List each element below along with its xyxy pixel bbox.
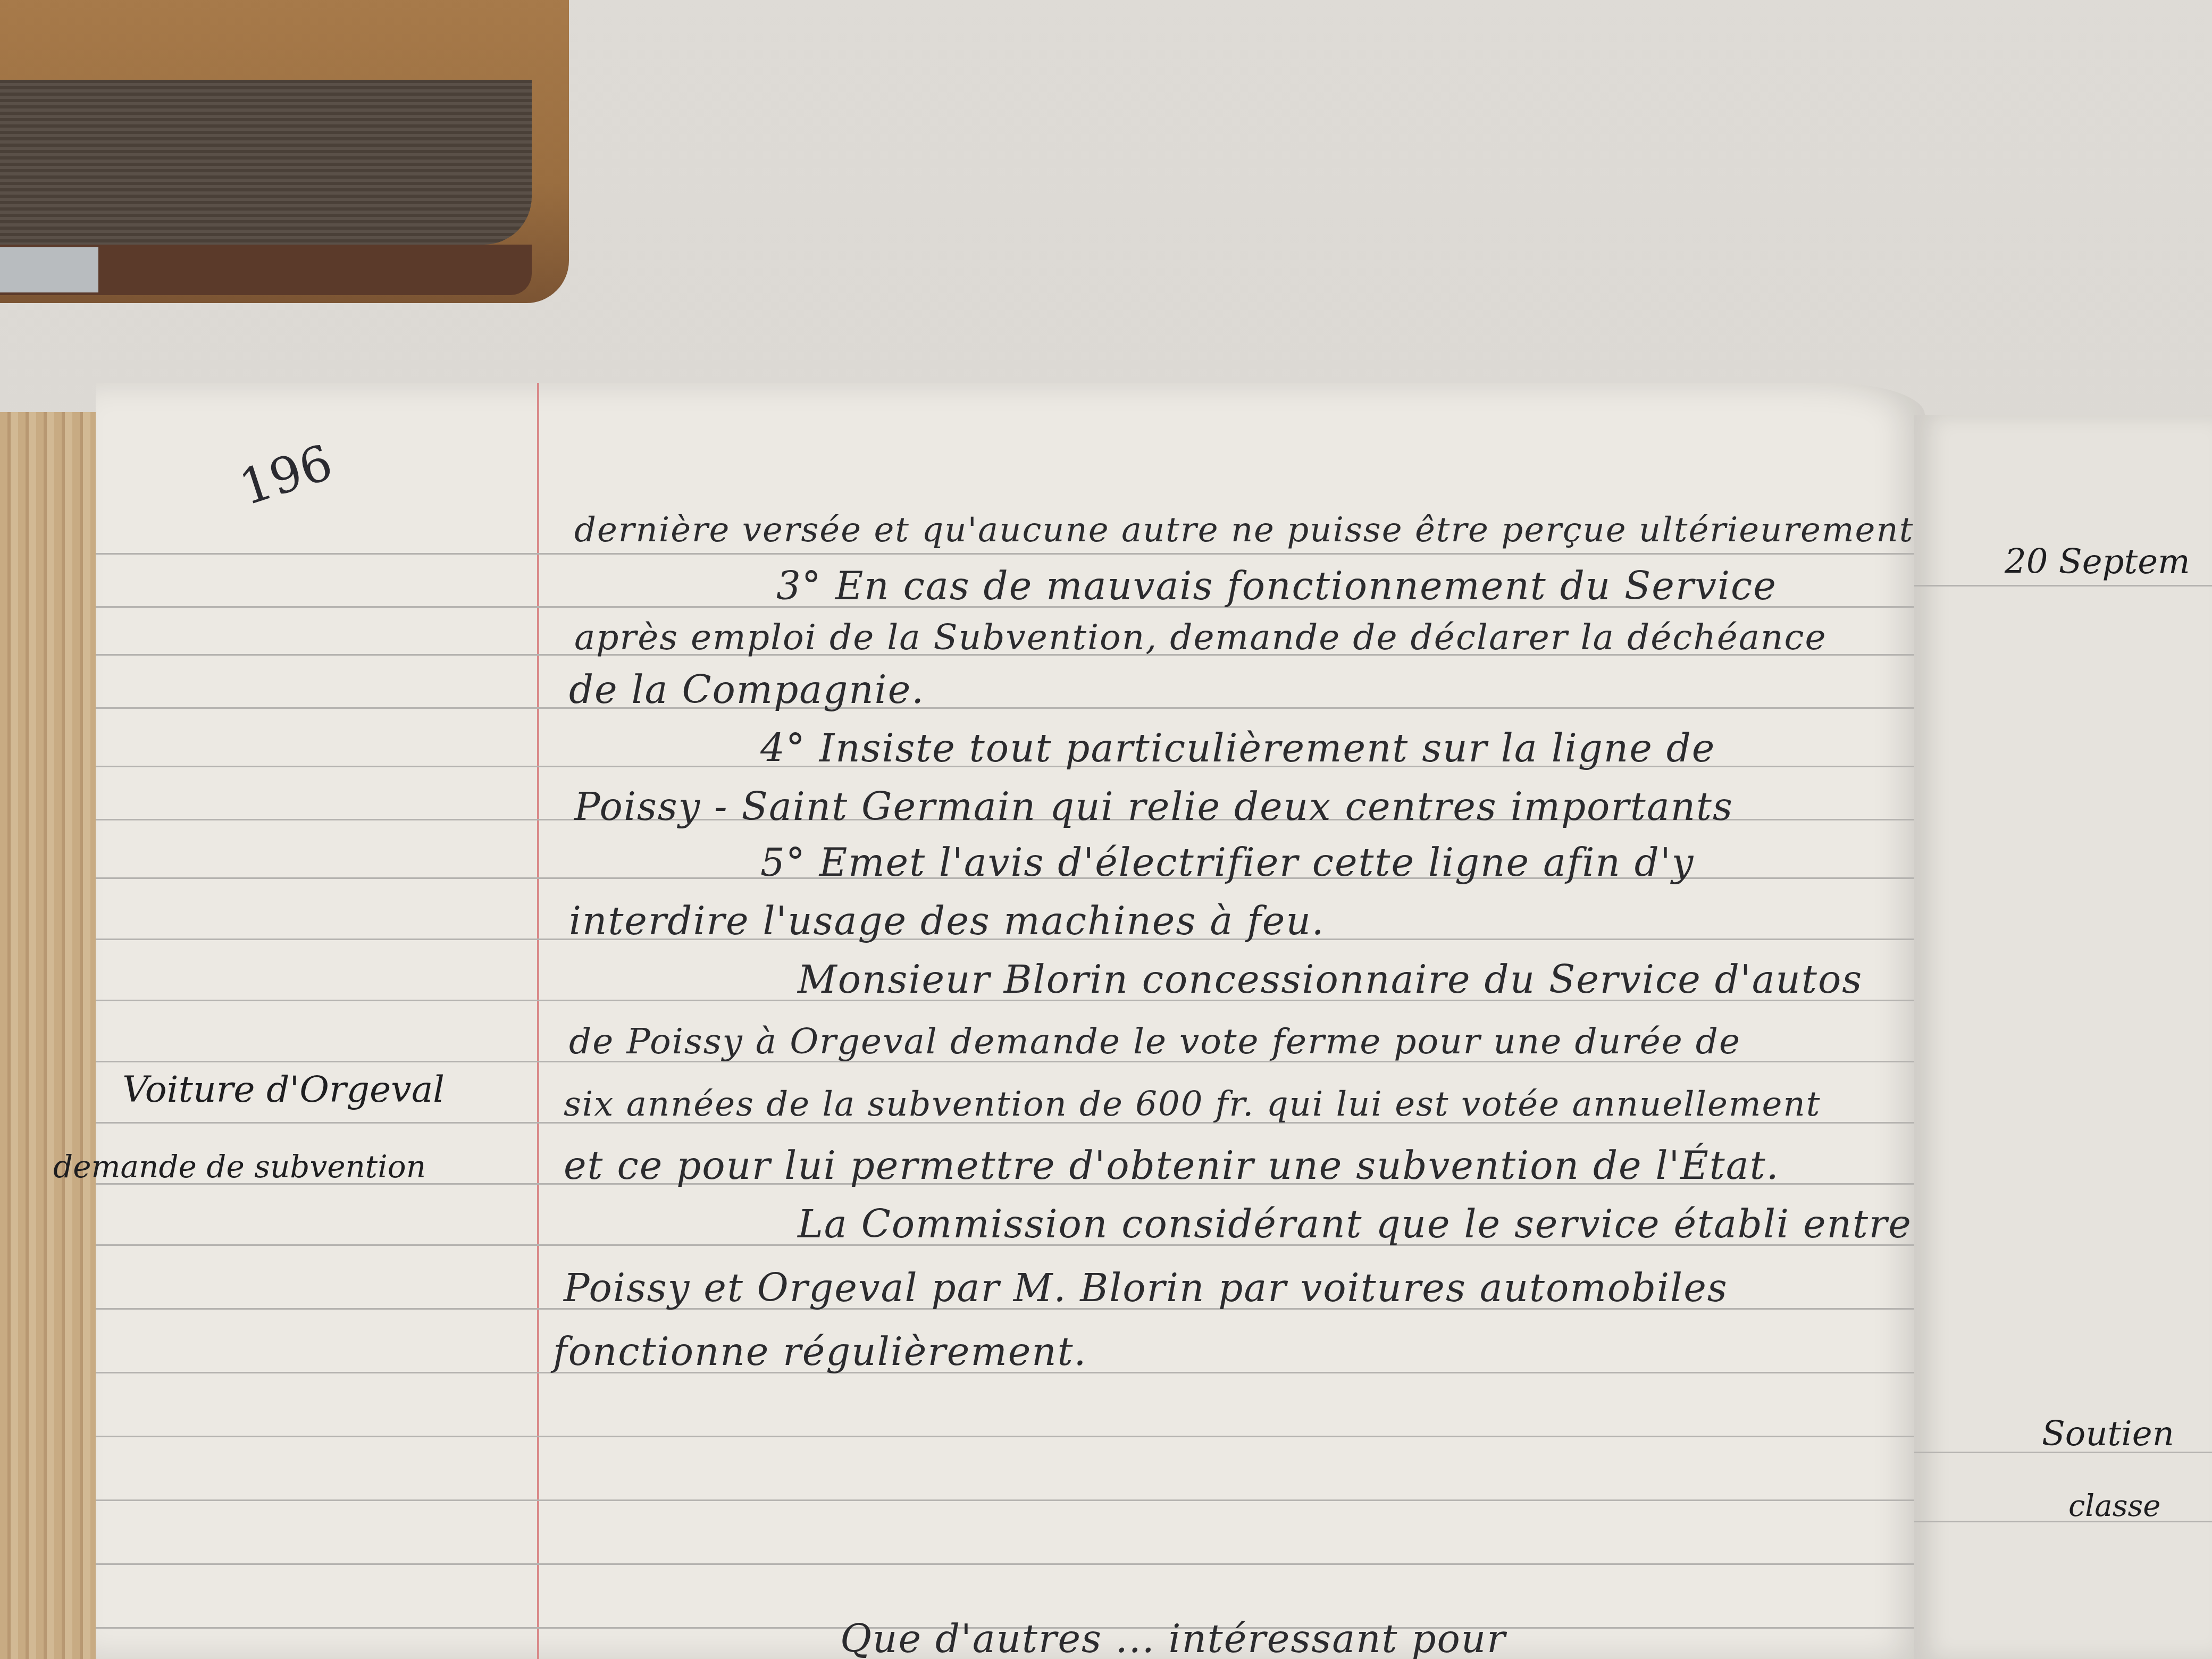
- left-page: 196 Voiture d'Orgeval demande de subvent…: [96, 383, 1925, 1659]
- margin-note-subtitle: demande de subvention: [53, 1149, 426, 1185]
- page-number: 196: [233, 433, 339, 516]
- body-line: Poissy - Saint Germain qui relie deux ce…: [574, 784, 1733, 829]
- red-margin-line: [537, 383, 539, 1659]
- ruled-line: [96, 553, 1925, 555]
- ruled-line: [1914, 585, 2212, 586]
- body-line: interdire l'usage des machines à feu.: [569, 899, 1325, 943]
- body-line: et ce pour lui permettre d'obtenir une s…: [564, 1143, 1780, 1188]
- body-line: dernière versée et qu'aucune autre ne pu…: [574, 510, 1914, 550]
- ruled-line: [1914, 1521, 2212, 1522]
- body-line: 3° En cas de mauvais fonctionnement du S…: [776, 564, 1777, 608]
- ruled-line: [96, 1499, 1925, 1501]
- closed-book: [0, 0, 569, 303]
- ruled-line: [96, 1436, 1925, 1437]
- open-register: 196 Voiture d'Orgeval demande de subvent…: [0, 383, 2212, 1659]
- right-margin-note: Soutien: [2042, 1414, 2174, 1454]
- margin-note-title: Voiture d'Orgeval: [122, 1069, 445, 1111]
- body-line: fonctionne régulièrement.: [553, 1329, 1087, 1374]
- body-line: La Commission considérant que le service…: [798, 1202, 1912, 1246]
- book-label-strip: [0, 247, 98, 292]
- body-line: de Poissy à Orgeval demande le vote ferm…: [569, 1021, 1741, 1062]
- body-line: Poissy et Orgeval par M. Blorin par voit…: [564, 1266, 1728, 1310]
- ruled-line: [96, 707, 1925, 709]
- right-page: 20 Septem Soutien classe: [1914, 415, 2212, 1659]
- ruled-line: [96, 1563, 1925, 1565]
- body-line: Que d'autres ... intéressant pour: [840, 1616, 1506, 1659]
- page-stack-edge: [0, 412, 101, 1659]
- right-margin-note: classe: [2068, 1489, 2160, 1523]
- book-page-edges: [0, 80, 532, 245]
- body-line: 5° Emet l'avis d'électrifier cette ligne…: [760, 840, 1694, 885]
- body-line: après emploi de la Subvention, demande d…: [574, 617, 1827, 658]
- body-line: Monsieur Blorin concessionnaire du Servi…: [798, 957, 1863, 1002]
- body-line: six années de la subvention de 600 fr. q…: [564, 1085, 1821, 1124]
- body-line: 4° Insiste tout particulièrement sur la …: [760, 726, 1715, 770]
- date-heading: 20 Septem: [2005, 542, 2190, 582]
- body-line: de la Compagnie.: [569, 667, 925, 712]
